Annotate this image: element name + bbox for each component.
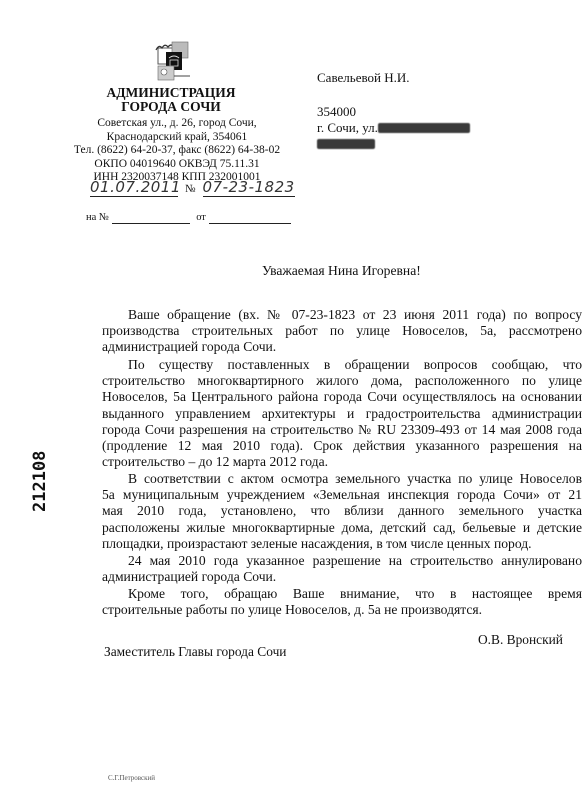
sochi-coat-of-arms-icon — [152, 38, 194, 82]
text-line: площадки, произрастают зеленые насаждени… — [102, 536, 582, 552]
recipient-postal-code: 354000 — [317, 104, 356, 119]
ref-number-label: на № — [86, 212, 109, 223]
text-line: (продление 12 мая 2010 года). Срок дейст… — [102, 438, 582, 454]
outgoing-number: 07-23-1823 — [203, 178, 295, 197]
codes-line1: ОКПО 04019640 ОКВЭД 75.11.31 — [70, 158, 284, 172]
text-line: мая 2010 года, установлено, что вблизи д… — [102, 503, 582, 519]
text-line: администрацией города Сочи. — [102, 339, 582, 355]
recipient-address-line2 — [317, 136, 375, 151]
text-line: Ваше обращение (вх. № 07-23-1823 от 23 и… — [102, 307, 582, 323]
registration-stamp: 212108 — [30, 451, 50, 512]
outgoing-date-number: 01.07.2011 № 07-23-1823 — [90, 178, 295, 197]
org-details: Советская ул., д. 26, город Сочи, Красно… — [70, 117, 284, 185]
text-line: 5а муниципальным учреждением «Земельная … — [102, 487, 582, 503]
text-line: По существу поставленных в обращении воп… — [102, 357, 582, 373]
text-line: В соответствии с актом осмотра земельног… — [102, 471, 582, 487]
text-line: выданного управлением архитектуры и град… — [102, 406, 582, 422]
executor-name: С.Г.Петровский — [108, 774, 155, 782]
paragraph-2: По существу поставленных в обращении воп… — [102, 357, 582, 470]
redacted-street — [378, 123, 470, 133]
text-line: строительство многоквартирного жилого до… — [102, 373, 582, 389]
recipient-name: Савельевой Н.И. — [317, 70, 410, 85]
text-line: производства строительных работ по улице… — [102, 323, 582, 339]
org-name-line1: АДМИНИСТРАЦИЯ — [96, 86, 246, 100]
signatory-position: Заместитель Главы города Сочи — [104, 644, 286, 660]
text-line: Кроме того, обращаю Ваше внимание, что в… — [102, 586, 582, 602]
paragraph-3: В соответствии с актом осмотра земельног… — [102, 471, 582, 552]
outgoing-date: 01.07.2011 — [90, 178, 178, 197]
recipient-address-line1: г. Сочи, ул. — [317, 120, 470, 135]
paragraph-5: Кроме того, обращаю Ваше внимание, что в… — [102, 586, 582, 618]
text-line: администрацией города Сочи. — [102, 569, 582, 585]
org-name: АДМИНИСТРАЦИЯ ГОРОДА СОЧИ — [96, 86, 246, 114]
reference-line: на № от — [86, 212, 291, 224]
redacted-house-number — [317, 139, 375, 149]
paragraph-4: 24 мая 2010 года указанное разрешение на… — [102, 553, 582, 585]
address-line1: Советская ул., д. 26, город Сочи, — [70, 117, 284, 131]
ref-date-field — [209, 212, 291, 224]
org-name-line2: ГОРОДА СОЧИ — [96, 100, 246, 114]
text-line: 24 мая 2010 года указанное разрешение на… — [102, 553, 582, 569]
text-line: города Сочи разрешения на строительство … — [102, 422, 582, 438]
paragraph-1: Ваше обращение (вх. № 07-23-1823 от 23 и… — [102, 307, 582, 356]
ref-from-label: от — [196, 212, 206, 223]
phone-line: Тел. (8622) 64-20-37, факс (8622) 64-38-… — [70, 144, 284, 158]
signatory-name: О.В. Вронский — [478, 632, 563, 648]
recipient-address-prefix: г. Сочи, ул. — [317, 120, 378, 135]
text-line: строительные работы по улице Новоселов, … — [102, 602, 582, 618]
text-line: строительство – до 12 марта 2012 года. — [102, 454, 582, 470]
address-line2: Краснодарский край, 354061 — [70, 131, 284, 145]
salutation: Уважаемая Нина Игоревна! — [262, 263, 421, 279]
text-line: Новоселов, 5а Центрального района города… — [102, 389, 582, 405]
text-line: расположены жилые многоквартирные дома, … — [102, 520, 582, 536]
ref-number-field — [112, 212, 190, 224]
number-label: № — [185, 183, 196, 195]
